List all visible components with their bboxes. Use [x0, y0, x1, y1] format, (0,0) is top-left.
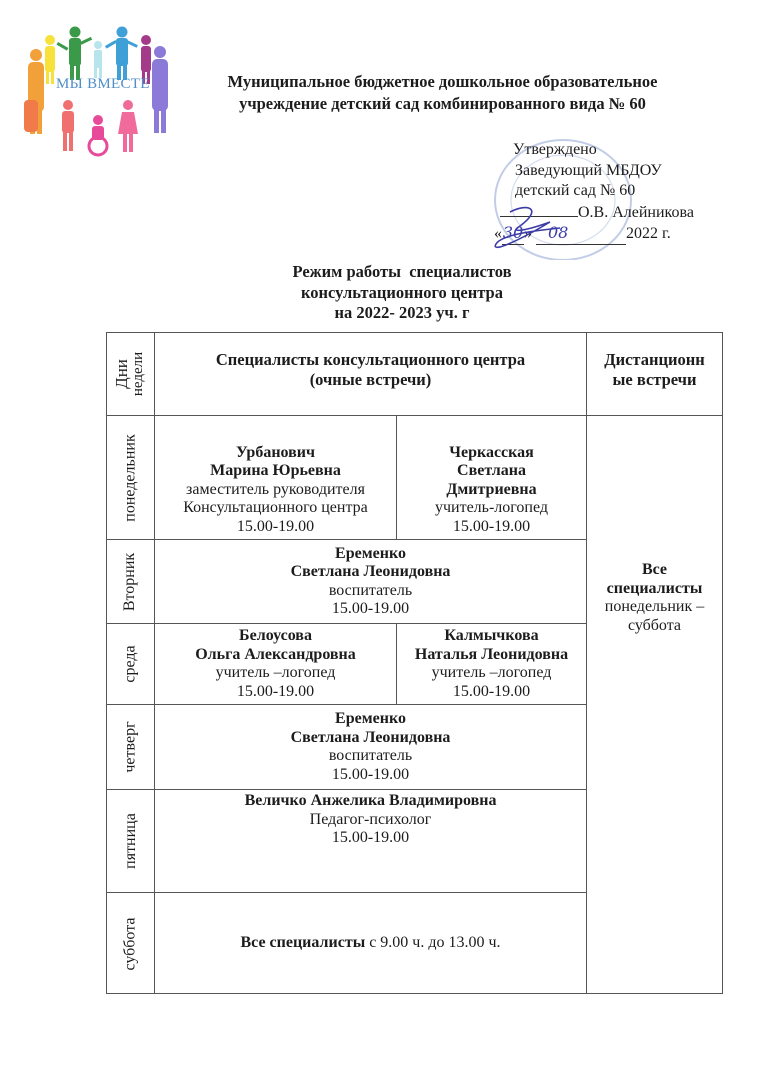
- entry-time: 15.00-19.00: [237, 518, 314, 537]
- remote-cell: Все специалисты понедельник – суббота: [587, 416, 722, 790]
- entry-fullname: Величко Анжелика Владимировна: [245, 792, 497, 811]
- schedule-entry: Величко Анжелика Владимировна Педагог-пс…: [155, 790, 586, 892]
- day-monday: понедельник: [107, 416, 154, 539]
- organization-name: Муниципальное бюджетное дошкольное образ…: [190, 71, 695, 115]
- entry-time: 15.00-19.00: [332, 829, 409, 848]
- header-days-line-2: недели: [130, 352, 147, 396]
- logo: МЫ ВМЕСТЕ: [10, 10, 190, 160]
- schedule-entry: Белоусова Ольга Александровна учитель –л…: [155, 624, 396, 704]
- entry-surname: Калмычкова: [444, 627, 538, 646]
- entry-role: учитель-логопед: [435, 499, 548, 518]
- approval-line-3: детский сад № 60: [500, 181, 730, 202]
- entry-surname: Урбанович: [236, 444, 315, 463]
- entry-name: Светлана Леонидовна: [291, 563, 451, 582]
- day-friday: пятница: [107, 790, 154, 892]
- entry-role: воспитатель: [329, 747, 412, 766]
- entry-role: учитель –логопед: [216, 664, 336, 683]
- remote-text-1: понедельник –: [605, 598, 704, 617]
- schedule-entry: Калмычкова Наталья Леонидовна учитель –л…: [397, 624, 586, 704]
- header-remote-line-1: Дистанционн: [604, 350, 705, 370]
- entry-bold: Все специалисты: [240, 934, 365, 953]
- remote-bold-1: Все: [642, 561, 667, 580]
- schedule-entry: Все специалисты с 9.00 ч. до 13.00 ч.: [155, 893, 586, 994]
- header-specialists-line-2: (очные встречи): [310, 370, 432, 390]
- title-line-1: Режим работы специалистов: [232, 262, 572, 283]
- entry-time: 15.00-19.00: [332, 600, 409, 619]
- schedule-entry: Еременко Светлана Леонидовна воспитатель…: [155, 705, 586, 789]
- schedule-entry: Урбанович Марина Юрьевна заместитель рук…: [155, 416, 396, 539]
- day-saturday: суббота: [107, 893, 154, 994]
- schedule-table: Дни недели Специалисты консультационного…: [106, 332, 723, 994]
- entry-role: учитель –логопед: [432, 664, 552, 683]
- entry-time: 15.00-19.00: [453, 683, 530, 702]
- entry-name: Дмитриевна: [446, 481, 536, 500]
- entry-name: Светлана: [457, 462, 526, 481]
- day-thursday: четверг: [107, 705, 154, 789]
- entry-role: Педагог-психолог: [310, 811, 432, 830]
- header-remote: Дистанционн ые встречи: [587, 333, 722, 415]
- header-specialists: Специалисты консультационного центра (оч…: [155, 333, 586, 415]
- approval-line-2: Заведующий МБДОУ: [500, 161, 730, 182]
- entry-surname: Еременко: [335, 710, 406, 729]
- remote-bold-2: специалисты: [607, 580, 703, 599]
- entry-name: Ольга Александровна: [195, 646, 356, 665]
- header-days: Дни недели: [107, 333, 154, 415]
- document-title: Режим работы специалистов консультационн…: [232, 262, 572, 324]
- remote-text-2: суббота: [628, 617, 681, 636]
- entry-role: воспитатель: [329, 582, 412, 601]
- entry-time: 15.00-19.00: [237, 683, 314, 702]
- day-tuesday: Вторник: [107, 540, 154, 623]
- organization-line-1: Муниципальное бюджетное дошкольное образ…: [190, 71, 695, 93]
- schedule-entry: Черкасская Светлана Дмитриевна учитель-л…: [397, 416, 586, 539]
- header-specialists-line-1: Специалисты консультационного центра: [216, 350, 525, 370]
- title-line-2: консультационного центра: [232, 283, 572, 304]
- schedule-entry: Еременко Светлана Леонидовна воспитатель…: [155, 540, 586, 623]
- day-wednesday: среда: [107, 624, 154, 704]
- entry-role: Консультационного центра: [183, 499, 368, 518]
- approval-line-1: Утверждено: [500, 140, 730, 161]
- entry-name: Марина Юрьевна: [210, 462, 341, 481]
- entry-time: с 9.00 ч. до 13.00 ч.: [365, 934, 500, 953]
- header-remote-line-2: ые встречи: [613, 370, 697, 390]
- header-days-line-1: Дни: [113, 352, 130, 396]
- logo-text: МЫ ВМЕСТЕ: [56, 76, 150, 93]
- signature-icon: [480, 200, 620, 260]
- entry-role: заместитель руководителя: [186, 481, 365, 500]
- entry-time: 15.00-19.00: [453, 518, 530, 537]
- approval-year: 2022 г.: [626, 225, 671, 242]
- organization-line-2: учреждение детский сад комбинированного …: [190, 93, 695, 115]
- entry-time: 15.00-19.00: [332, 766, 409, 785]
- entry-surname: Черкасская: [449, 444, 534, 463]
- entry-surname: Еременко: [335, 545, 406, 564]
- entry-surname: Белоусова: [239, 627, 312, 646]
- title-line-3: на 2022- 2023 уч. г: [232, 303, 572, 324]
- entry-name: Светлана Леонидовна: [291, 729, 451, 748]
- entry-name: Наталья Леонидовна: [415, 646, 568, 665]
